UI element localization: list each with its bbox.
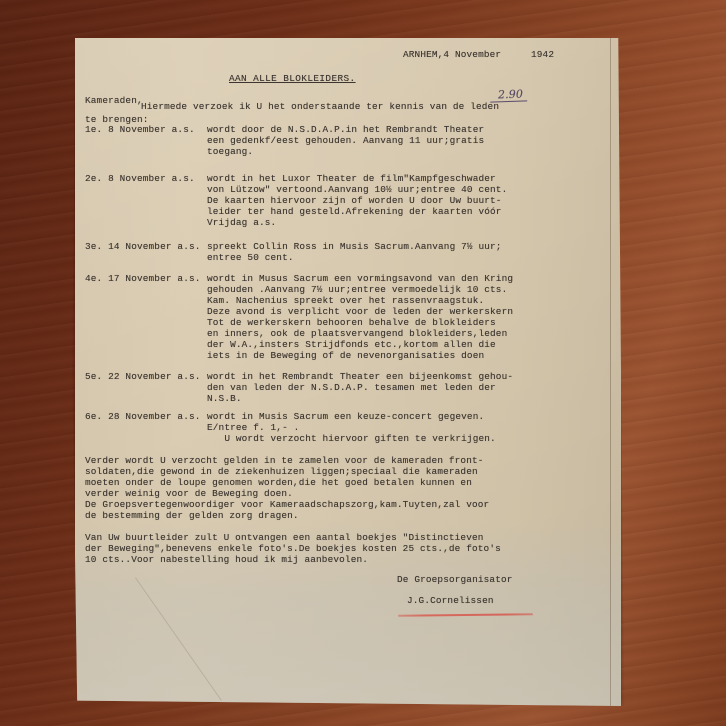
item-line: N.S.B. — [207, 394, 242, 405]
paragraph-line: De Groepsvertegenwoordiger voor Kameraad… — [85, 500, 489, 511]
paragraph-line: Van Uw buurtleider zult U ontvangen een … — [85, 533, 484, 544]
item-line: iets in de Beweging of de nevenorganisat… — [207, 351, 484, 362]
paragraph-line: de bestemming der gelden zorg dragen. — [85, 511, 299, 522]
item-line: De kaarten hiervoor zijn of worden U doo… — [207, 196, 502, 207]
paragraph-line: soldaten,die gewond in de ziekenhuizen l… — [85, 467, 478, 478]
item-line: gehouden .Aanvang 7½ uur;entree vermoede… — [207, 285, 507, 296]
item-label: 2e. 8 November a.s. — [85, 174, 195, 185]
item-line: wordt in Musis Sacrum een keuze-concert … — [207, 412, 484, 423]
paragraph-line: moeten onder de loupe genomen worden,die… — [85, 478, 472, 489]
year: 1942 — [531, 50, 554, 61]
intro-line: Hiermede verzoek ik U het onderstaande t… — [141, 102, 499, 113]
item-line: leider ter hand gesteld.Afrekening der k… — [207, 207, 502, 218]
item-line: den van leden der N.S.D.A.P. tesamen met… — [207, 383, 496, 394]
red-pencil-underline — [398, 613, 533, 616]
item-line: Kam. Nachenius spreekt over het rassenvr… — [207, 296, 484, 307]
item-line: wordt in het Luxor Theater de film"Kampf… — [207, 174, 496, 185]
signature-role: De Groepsorganisator — [397, 575, 513, 586]
item-label: 5e. 22 November a.s. — [85, 372, 201, 383]
typewritten-letter: ARNHEM,4 November 1942 AAN ALLE BLOKLEID… — [75, 38, 621, 706]
item-line: U wordt verzocht hiervoor giften te verk… — [207, 434, 496, 445]
item-line: wordt door de N.S.D.A.P.in het Rembrandt… — [207, 125, 484, 136]
paragraph-line: der Beweging",benevens enkele foto's.De … — [85, 544, 501, 555]
document-title: AAN ALLE BLOKLEIDERS. — [229, 74, 356, 85]
item-line: E/ntree f. 1,- . — [207, 423, 299, 434]
item-label: 6e. 28 November a.s. — [85, 412, 201, 423]
item-line: en inners, ook de plaatsvervangend blokl… — [207, 329, 507, 340]
paragraph-line: Verder wordt U verzocht gelden in te zam… — [85, 456, 484, 467]
item-label: 1e. 8 November a.s. — [85, 125, 195, 136]
place-date: ARNHEM,4 November — [403, 50, 501, 61]
item-label: 4e. 17 November a.s. — [85, 274, 201, 285]
item-line: spreekt Collin Ross in Musis Sacrum.Aanv… — [207, 242, 502, 253]
item-line: Deze avond is verplicht voor de leden de… — [207, 307, 513, 318]
item-line: wordt in het Rembrandt Theater een bijee… — [207, 372, 513, 383]
document-body: ARNHEM,4 November 1942 AAN ALLE BLOKLEID… — [75, 38, 621, 706]
paragraph-line: 10 cts..Voor nabestelling houd ik mij aa… — [85, 555, 368, 566]
item-line: der W.A.,insters Strijdfonds etc.,kortom… — [207, 340, 496, 351]
salutation: Kameraden, — [85, 96, 143, 107]
item-line: Vrijdag a.s. — [207, 218, 276, 229]
item-line: von Lützow" vertoond.Aanvang 10½ uur;ent… — [207, 185, 507, 196]
item-label: 3e. 14 November a.s. — [85, 242, 201, 253]
item-line: een gedenkf/eest gehouden. Aanvang 11 uu… — [207, 136, 484, 147]
item-line: entree 50 cent. — [207, 253, 294, 264]
paragraph-line: verder weinig voor de Beweging doen. — [85, 489, 293, 500]
item-line: Tot de werkerskern behooren behalve de b… — [207, 318, 496, 329]
item-line: toegang. — [207, 147, 253, 158]
signature-name: J.G.Cornelissen — [407, 596, 494, 607]
item-line: wordt in Musus Sacrum een vormingsavond … — [207, 274, 513, 285]
